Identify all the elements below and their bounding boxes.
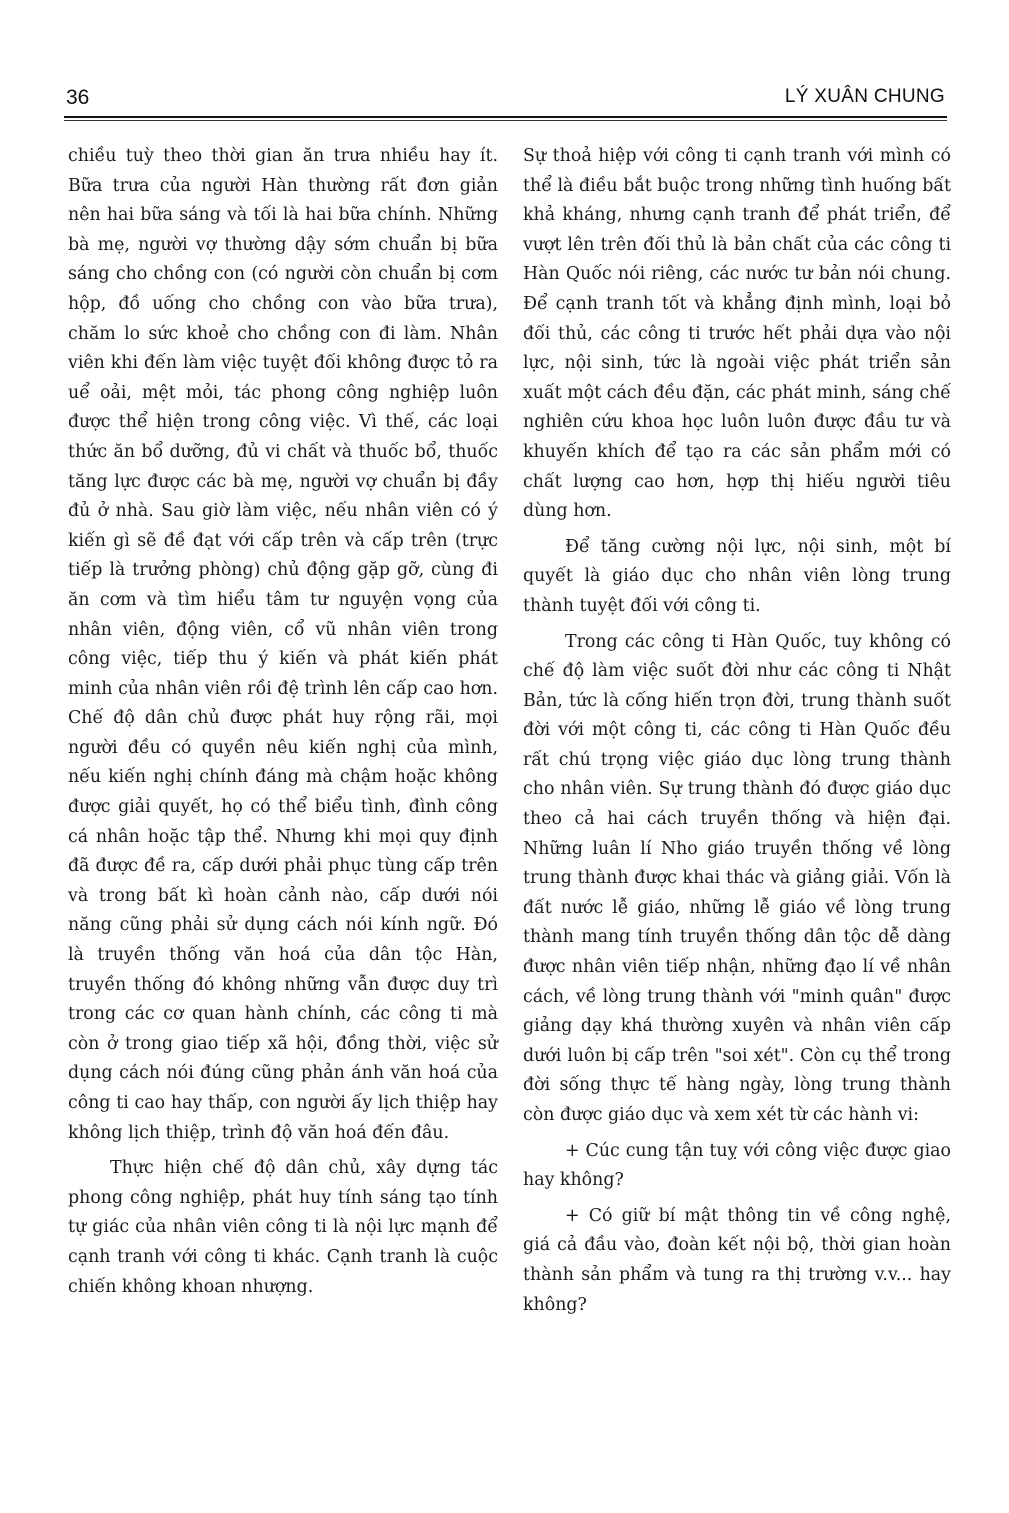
paragraph: Để tăng cường nội lực, nội sinh, một bí … bbox=[523, 533, 951, 622]
paragraph: Sự thoả hiệp với công ti cạnh tranh với … bbox=[523, 142, 951, 527]
paragraph: Thực hiện chế độ dân chủ, xây dựng tác p… bbox=[68, 1154, 498, 1302]
paragraph: chiều tuỳ theo thời gian ăn trưa nhiều h… bbox=[68, 142, 498, 1148]
list-item: + Cúc cung tận tuỵ với công việc được gi… bbox=[523, 1137, 951, 1196]
right-column: Sự thoả hiệp với công ti cạnh tranh với … bbox=[523, 142, 951, 1320]
header-rule-thick bbox=[64, 116, 947, 118]
header-rule-thin bbox=[64, 120, 947, 121]
list-item: + Có giữ bí mật thông tin về công nghệ, … bbox=[523, 1202, 951, 1320]
left-column: chiều tuỳ theo thời gian ăn trưa nhiều h… bbox=[68, 142, 498, 1302]
page-number: 36 bbox=[66, 86, 89, 110]
paragraph: Trong các công ti Hàn Quốc, tuy không có… bbox=[523, 628, 951, 1131]
running-head-author: LÝ XUÂN CHUNG bbox=[785, 86, 945, 108]
